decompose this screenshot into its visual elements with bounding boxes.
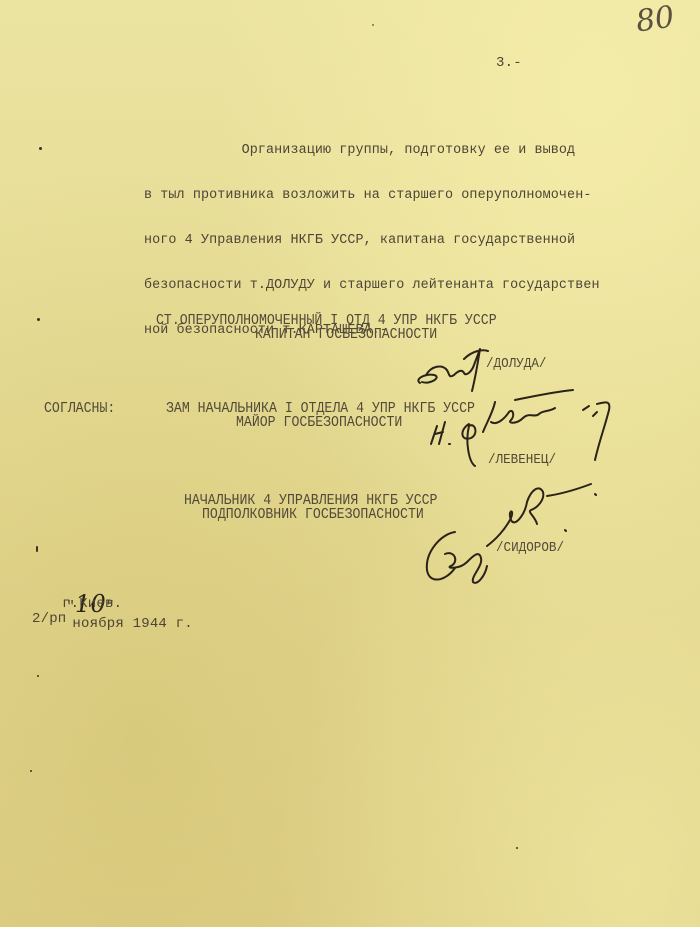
margin-speck [516, 847, 518, 849]
reference-number: 2/рп [32, 611, 66, 627]
city: г.Киев. [62, 596, 122, 612]
page-number: 3.- [496, 55, 522, 71]
margin-speck [30, 770, 32, 772]
body-line: безопасности т.ДОЛУДУ и старшего лейтена… [144, 278, 600, 293]
body-line: в тыл противника возложить на старшего о… [144, 188, 600, 203]
margin-speck [39, 147, 42, 150]
margin-speck [372, 24, 374, 26]
margin-speck [36, 546, 38, 552]
signer-3-title-line2: ПОДПОЛКОВНИК ГОСБЕЗОПАСНОСТИ [202, 506, 424, 523]
body-line: ного 4 Управления НКГБ УССР, капитана го… [144, 233, 600, 248]
signer-2-name: /ЛЕВЕНЕЦ/ [488, 452, 556, 468]
signer-2-title-line2: МАЙОР ГОСБЕЗОПАСНОСТИ [236, 414, 402, 431]
signer-1-name: /ДОЛУДА/ [486, 356, 546, 372]
signer-3-name: /СИДОРОВ/ [496, 540, 564, 556]
date-month-year: ноября 1944 г. [72, 616, 192, 632]
margin-speck [37, 675, 39, 677]
document-page: 80 3.- Организацию группы, подготовку ее… [0, 0, 700, 927]
signature-sidorov-icon [415, 470, 605, 590]
folio-number: 80 [634, 0, 677, 39]
signer-1-title-line2: КАПИТАН ГОСБЕЗОПАСНОСТИ [255, 326, 437, 343]
agreed-label: СОГЛАСНЫ: [44, 400, 115, 417]
body-line: Организацию группы, подготовку ее и выво… [144, 143, 600, 158]
margin-speck [37, 318, 40, 321]
